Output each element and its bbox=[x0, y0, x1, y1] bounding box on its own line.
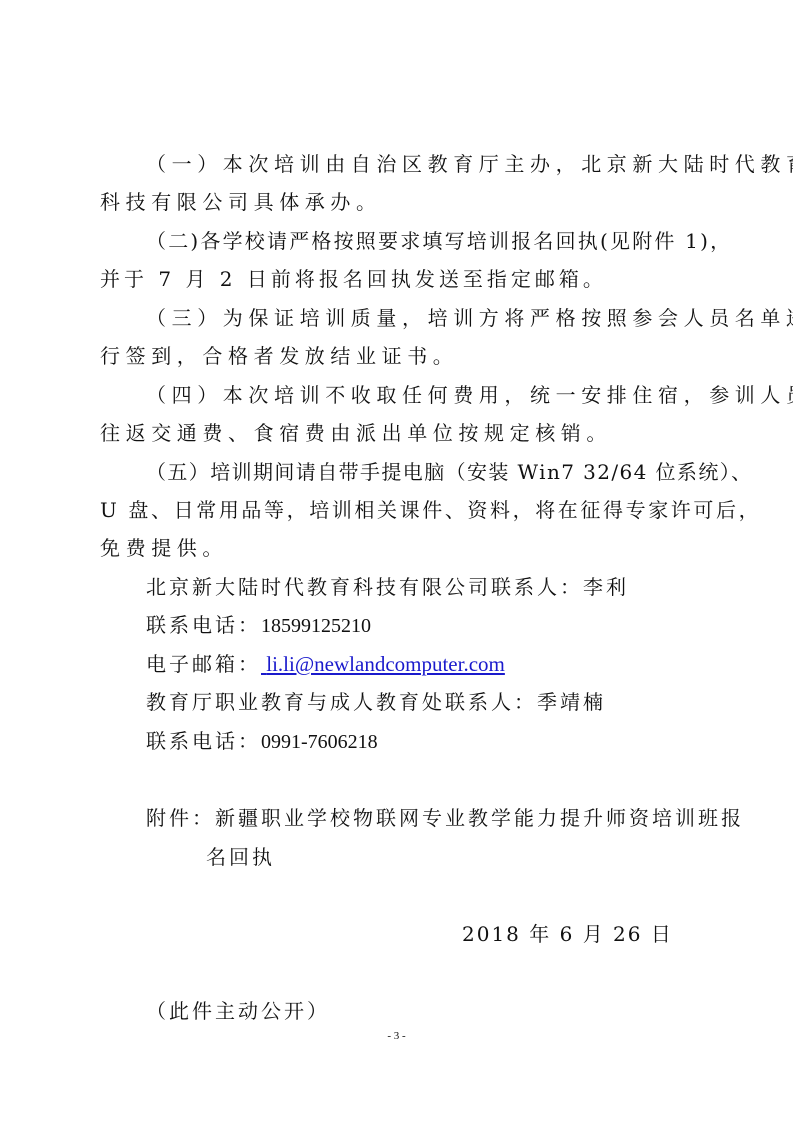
paragraph-2-line-2: 并于 7 月 2 日前将报名回执发送至指定邮箱。 bbox=[100, 267, 692, 291]
paragraph-1-line-1: （一）本次培训由自治区教育厅主办，北京新大陆时代教育 bbox=[146, 152, 738, 176]
paragraph-3-line-1: （三）为保证培训质量，培训方将严格按照参会人员名单进 bbox=[146, 306, 738, 330]
paragraph-4-line-1: （四）本次培训不收取任何费用，统一安排住宿，参训人员 bbox=[146, 383, 738, 407]
company-phone: 18599125210 bbox=[261, 615, 371, 637]
company-phone-row: 联系电话：18599125210 bbox=[146, 613, 738, 638]
paragraph-1-line-2: 科技有限公司具体承办。 bbox=[100, 190, 692, 214]
paragraph-3-line-2: 行签到，合格者发放结业证书。 bbox=[100, 344, 692, 368]
paragraph-4-line-2: 往返交通费、食宿费由派出单位按规定核销。 bbox=[100, 421, 692, 445]
document-date: 2018 年 6 月 26 日 bbox=[462, 922, 793, 946]
disclosure-note: （此件主动公开） bbox=[146, 999, 738, 1023]
dept-phone-label: 联系电话： bbox=[146, 729, 261, 753]
dept-phone-row: 联系电话：0991-7606218 bbox=[146, 729, 738, 754]
paragraph-5-line-1: （五）培训期间请自带手提电脑（安装 Win7 32/64 位系统）、 bbox=[146, 460, 738, 484]
paragraph-2-line-1: （二)各学校请严格按照要求填写培训报名回执(见附件 1)， bbox=[146, 229, 738, 253]
attachment-line-1: 附件：新疆职业学校物联网专业教学能力提升师资培训班报 bbox=[146, 806, 738, 830]
email-label: 电子邮箱： bbox=[146, 652, 261, 676]
company-contact: 北京新大陆时代教育科技有限公司联系人：李利 bbox=[146, 575, 738, 599]
paragraph-5-line-2: U 盘、日常用品等，培训相关课件、资料，将在征得专家许可后， bbox=[100, 498, 692, 522]
company-phone-label: 联系电话： bbox=[146, 613, 261, 637]
paragraph-5-line-3: 免费提供。 bbox=[100, 536, 692, 560]
email-row: 电子邮箱： li.li@newlandcomputer.com bbox=[146, 652, 738, 676]
dept-contact: 教育厅职业教育与成人教育处联系人：季靖楠 bbox=[146, 690, 738, 714]
dept-phone: 0991-7606218 bbox=[261, 731, 378, 753]
email-link[interactable]: li.li@newlandcomputer.com bbox=[261, 652, 505, 676]
page-number: - 3 - bbox=[0, 1030, 793, 1042]
attachment-line-2: 名回执 bbox=[206, 845, 793, 869]
email-link-text[interactable]: li.li@newlandcomputer.com bbox=[266, 652, 505, 676]
